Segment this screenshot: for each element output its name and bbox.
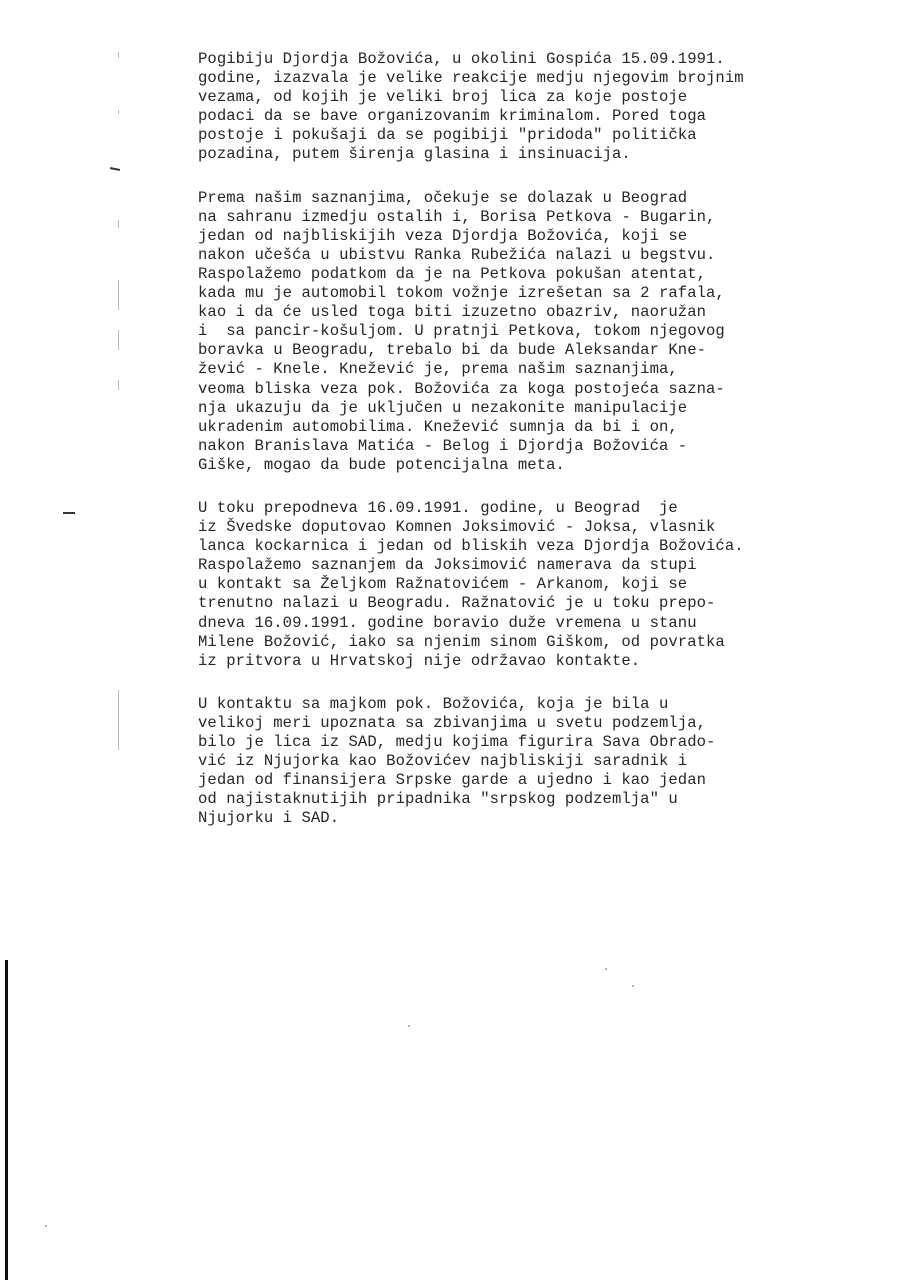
text-line: kada mu je automobil tokom vožnje izreše… (198, 284, 838, 303)
text-line: pozadina, putem širenja glasina i insinu… (198, 145, 838, 164)
text-line: Raspolažemo saznanjem da Joksimović name… (198, 556, 838, 575)
scan-speck (632, 985, 634, 987)
margin-punch-mark (118, 380, 119, 390)
text-line: jedan od finansijera Srpske garde a ujed… (198, 771, 838, 790)
scan-speck (45, 1225, 47, 1227)
margin-punch-mark (118, 330, 119, 350)
text-line: podaci da se bave organizovanim kriminal… (198, 107, 838, 126)
text-line: velikoj meri upoznata sa zbivanjima u sv… (198, 714, 838, 733)
text-line: na sahranu izmedju ostalih i, Borisa Pet… (198, 208, 838, 227)
margin-dash-mark (63, 512, 75, 514)
text-line: bilo je lica iz SAD, medju kojima figuri… (198, 733, 838, 752)
text-line: lanca kockarnica i jedan od bliskih veza… (198, 537, 838, 556)
text-line: U kontaktu sa majkom pok. Božovića, koja… (198, 695, 838, 714)
text-line: Milene Božović, iako sa njenim sinom Giš… (198, 633, 838, 652)
margin-punch-mark (118, 280, 119, 310)
text-line: Njujorku i SAD. (198, 809, 838, 828)
paragraph-2: Prema našim saznanjima, očekuje se dolaz… (198, 189, 838, 475)
text-line: boravka u Beogradu, trebalo bi da bude A… (198, 341, 838, 360)
text-line: dneva 16.09.1991. godine boravio duže vr… (198, 614, 838, 633)
text-line: U toku prepodneva 16.09.1991. godine, u … (198, 499, 838, 518)
text-line: nja ukazuju da je uključen u nezakonite … (198, 399, 838, 418)
text-line: u kontakt sa Željkom Ražnatovićem - Arka… (198, 575, 838, 594)
margin-punch-mark (118, 110, 119, 114)
text-line: vezama, od kojih je veliki broj lica za … (198, 88, 838, 107)
text-line: žević - Knele. Knežević je, prema našim … (198, 360, 838, 379)
text-line: i sa pancir-košuljom. U pratnji Petkova,… (198, 322, 838, 341)
scan-edge-bar (5, 960, 8, 1280)
text-line: kao i da će usled toga biti izuzetno oba… (198, 303, 838, 322)
text-line: ukradenim automobilima. Knežević sumnja … (198, 418, 838, 437)
margin-punch-mark (118, 220, 119, 228)
paragraph-3: U toku prepodneva 16.09.1991. godine, u … (198, 499, 838, 671)
text-line: godine, izazvala je velike reakcije medj… (198, 69, 838, 88)
text-line: nakon učešća u ubistvu Ranka Rubežića na… (198, 246, 838, 265)
text-line: iz pritvora u Hrvatskoj nije održavao ko… (198, 652, 838, 671)
paragraph-1: Pogibiju Djordja Božovića, u okolini Gos… (198, 50, 838, 165)
text-line: veoma bliska veza pok. Božovića za koga … (198, 380, 838, 399)
paragraph-4: U kontaktu sa majkom pok. Božovića, koja… (198, 695, 838, 829)
text-line: trenutno nalazi u Beogradu. Ražnatović j… (198, 594, 838, 613)
margin-punch-mark (118, 52, 119, 58)
text-line: Raspolažemo podatkom da je na Petkova po… (198, 265, 838, 284)
text-line: jedan od najbliskijih veza Djordja Božov… (198, 227, 838, 246)
text-line: Prema našim saznanjima, očekuje se dolaz… (198, 189, 838, 208)
scan-speck (605, 968, 607, 970)
margin-dash-mark (110, 167, 120, 171)
text-line: postoje i pokušaji da se pogibiji "prido… (198, 126, 838, 145)
text-line: nakon Branislava Matića - Belog i Djordj… (198, 437, 838, 456)
text-line: iz Švedske doputovao Komnen Joksimović -… (198, 518, 838, 537)
text-line: Pogibiju Djordja Božovića, u okolini Gos… (198, 50, 838, 69)
document-body: Pogibiju Djordja Božovića, u okolini Gos… (198, 50, 838, 852)
margin-punch-mark (118, 690, 119, 750)
text-line: Giške, mogao da bude potencijalna meta. (198, 456, 838, 475)
text-line: od najistaknutijih pripadnika "srpskog p… (198, 790, 838, 809)
scan-speck (408, 1025, 410, 1027)
text-line: vić iz Njujorka kao Božovićev najbliskij… (198, 752, 838, 771)
document-page: Pogibiju Djordja Božovića, u okolini Gos… (0, 0, 900, 1280)
